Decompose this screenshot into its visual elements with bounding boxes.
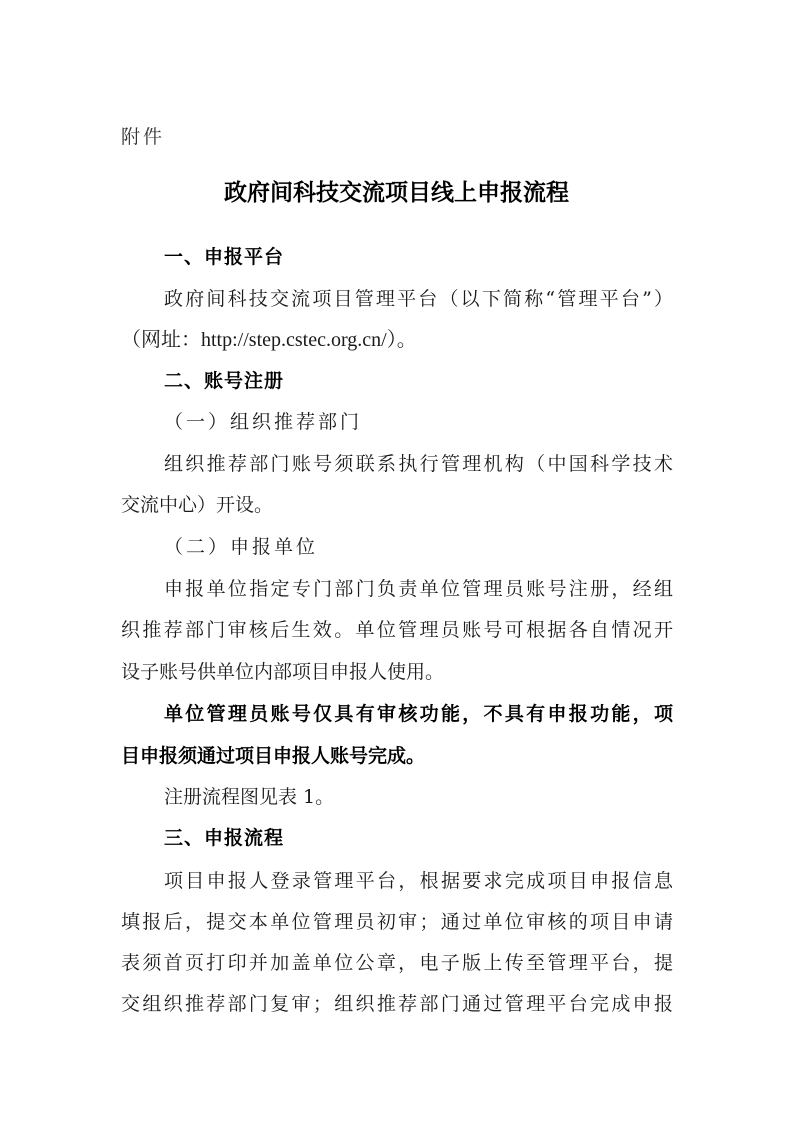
document-page: 附件 政府间科技交流项目线上申报流程 一、申报平台 政府间科技交流项目管理平台（…: [0, 0, 793, 1122]
paragraph-line: 交流中心）开设。: [121, 493, 673, 517]
paragraph-line: 组织推荐部门账号须联系执行管理机构（中国科学技术: [164, 452, 673, 476]
subsection-heading-applicant-unit: （二）申报单位: [164, 535, 318, 559]
paragraph-line: 项目申报人登录管理平台，根据要求完成项目申报信息: [164, 869, 673, 893]
section-heading-process: 三、申报流程: [164, 826, 284, 850]
subsection-heading-recommending-dept: （一）组织推荐部门: [164, 410, 362, 434]
paragraph-line: 填报后，提交本单位管理员初审；通过单位审核的项目申请: [121, 910, 673, 934]
platform-url-line: （网址：http://step.cstec.org.cn/）。: [121, 328, 673, 352]
section-heading-platform: 一、申报平台: [164, 245, 284, 269]
paragraph-line: 申报单位指定专门部门负责单位管理员账号注册，经组: [164, 577, 673, 601]
registration-flowchart-note: 注册流程图见表 1。: [164, 785, 334, 809]
bold-notice-line: 单位管理员账号仅具有审核功能，不具有申报功能，项: [164, 702, 673, 726]
paragraph-line: 政府间科技交流项目管理平台（以下简称“管理平台”）: [164, 287, 673, 311]
paragraph-line: 交组织推荐部门复审；组织推荐部门通过管理平台完成申报: [121, 992, 673, 1016]
paragraph-line: 织推荐部门审核后生效。单位管理员账号可根据各自情况开: [121, 618, 673, 642]
bold-notice-line: 目申报须通过项目申报人账号完成。: [121, 744, 673, 768]
paragraph-line: 表须首页打印并加盖单位公章，电子版上传至管理平台，提: [121, 951, 673, 975]
paragraph-line: 设子账号供单位内部项目申报人使用。: [121, 660, 673, 684]
document-title: 政府间科技交流项目线上申报流程: [0, 178, 793, 208]
section-heading-registration: 二、账号注册: [164, 369, 284, 393]
attachment-label: 附件: [121, 125, 165, 149]
